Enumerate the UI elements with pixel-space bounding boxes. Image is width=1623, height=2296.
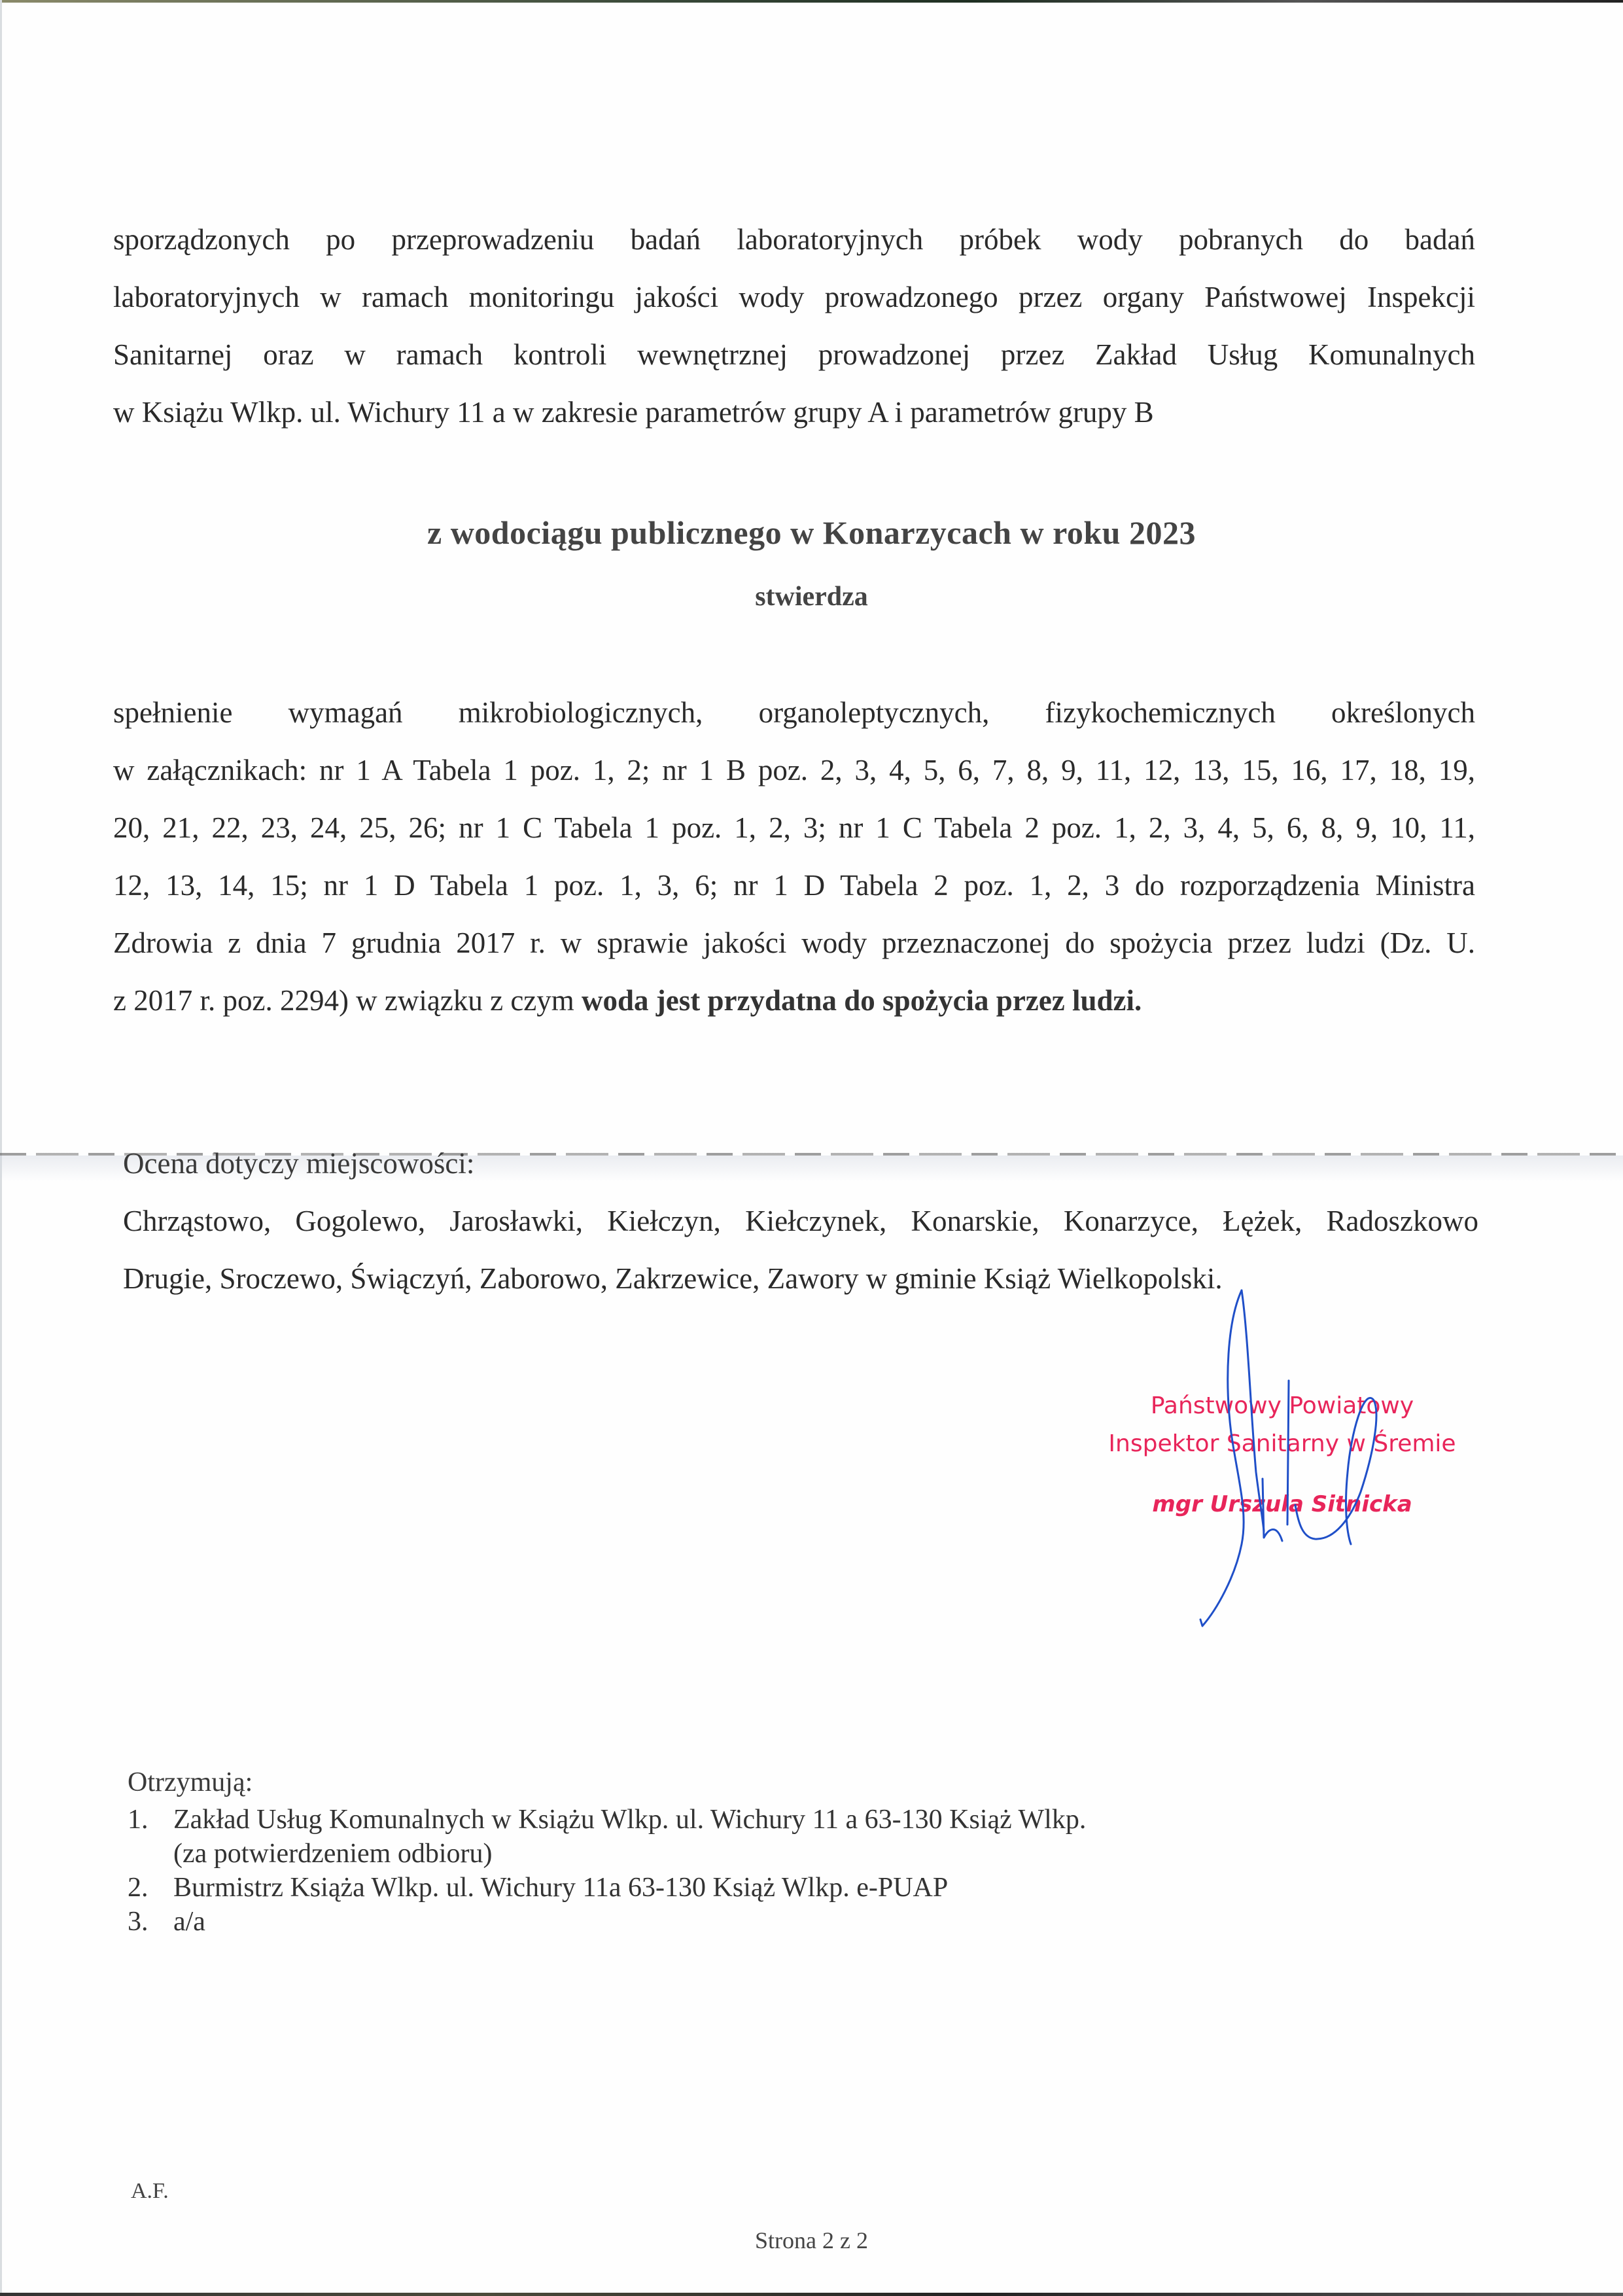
- recipient-number: 1.: [128, 1803, 173, 1871]
- recipients-list: 1. Zakład Usług Komunalnych w Książu Wlk…: [128, 1803, 1086, 1939]
- places-line: Chrząstowo, Gogolewo, Jarosławki, Kiełcz…: [123, 1192, 1478, 1250]
- recipient-text: a/a: [173, 1905, 1086, 1939]
- recipient-text: Zakład Usług Komunalnych w Książu Wlkp. …: [173, 1805, 1086, 1835]
- intro-line: w Książu Wlkp. ul. Wichury 11 a w zakres…: [113, 383, 1475, 441]
- recipient-number: 2.: [128, 1871, 173, 1905]
- recipient-note: (za potwierdzeniem odbioru): [173, 1839, 492, 1869]
- recipient-number: 3.: [128, 1905, 173, 1939]
- intro-line: sporządzonych po przeprowadzeniu badań l…: [113, 211, 1475, 268]
- scan-edge-bottom: [0, 2293, 1623, 2296]
- water-fit-verdict: woda jest przydatna do spożycia przez lu…: [582, 984, 1142, 1017]
- intro-line: laboratoryjnych w ramach monitoringu jak…: [113, 268, 1475, 326]
- recipient-item: 1. Zakład Usług Komunalnych w Książu Wlk…: [128, 1803, 1086, 1871]
- intro-paragraph: sporządzonych po przeprowadzeniu badań l…: [113, 211, 1475, 441]
- findings-conclusion-line: z 2017 r. poz. 2294) w związku z czym wo…: [113, 972, 1475, 1029]
- findings-line: 20, 21, 22, 23, 24, 25, 26; nr 1 C Tabel…: [113, 799, 1475, 857]
- findings-conclusion-prefix: z 2017 r. poz. 2294) w związku z czym: [113, 984, 582, 1017]
- recipient-item: 3. a/a: [128, 1905, 1086, 1939]
- recipient-text: Burmistrz Książa Wlkp. ul. Wichury 11a 6…: [173, 1871, 1086, 1905]
- findings-paragraph: spełnienie wymagań mikrobiologicznych, o…: [113, 684, 1475, 1029]
- findings-line: Zdrowia z dnia 7 grudnia 2017 r. w spraw…: [113, 914, 1475, 972]
- author-initials: A.F.: [131, 2179, 169, 2204]
- recipients-label: Otrzymują:: [128, 1767, 253, 1798]
- findings-line: spełnienie wymagań mikrobiologicznych, o…: [113, 684, 1475, 741]
- intro-line: Sanitarnej oraz w ramach kontroli wewnęt…: [113, 326, 1475, 383]
- document-title: z wodociągu publicznego w Konarzycach w …: [0, 514, 1623, 552]
- scan-edge-left: [0, 0, 2, 2296]
- findings-line: w załącznikach: nr 1 A Tabela 1 poz. 1, …: [113, 741, 1475, 799]
- findings-line: 12, 13, 14, 15; nr 1 D Tabela 1 poz. 1, …: [113, 857, 1475, 914]
- recipient-item: 2. Burmistrz Książa Wlkp. ul. Wichury 11…: [128, 1871, 1086, 1905]
- handwritten-signature-icon: [1164, 1282, 1439, 1636]
- page-number: Strona 2 z 2: [0, 2227, 1623, 2254]
- places-label: Ocena dotyczy miejscowości:: [123, 1146, 474, 1180]
- scan-edge-top: [0, 0, 1623, 3]
- document-subtitle: stwierdza: [0, 581, 1623, 612]
